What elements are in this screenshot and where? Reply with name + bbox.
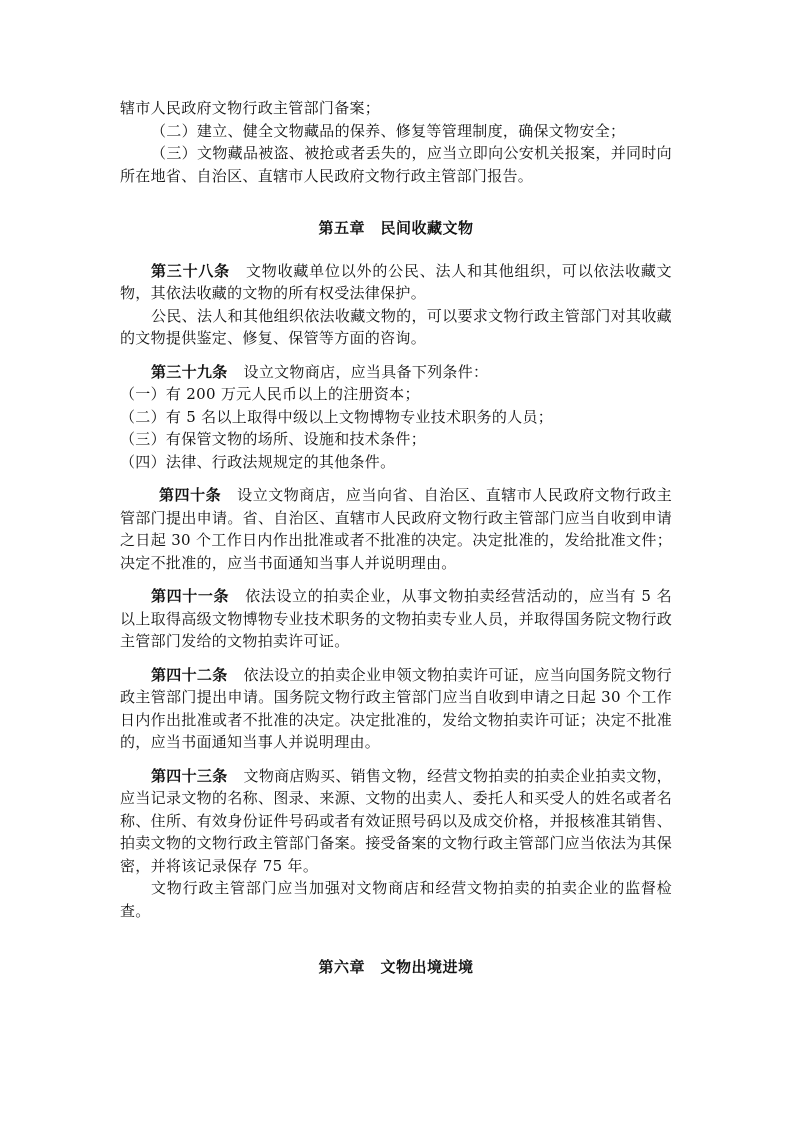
article-paragraph: 公民、法人和其他组织依法收藏文物的，可以要求文物行政主管部门对其收藏的文物提供鉴… bbox=[120, 305, 672, 350]
list-item: （二）建立、健全文物藏品的保养、修复等管理制度，确保文物安全； bbox=[120, 120, 672, 143]
document-page: 辖市人民政府文物行政主管部门备案； （二）建立、健全文物藏品的保养、修复等管理制… bbox=[0, 0, 793, 1122]
list-item: （三）有保管文物的场所、设施和技术条件； bbox=[120, 428, 672, 451]
paragraph-continuation: 辖市人民政府文物行政主管部门备案； bbox=[120, 97, 672, 120]
list-item: （一）有 200 万元人民币以上的注册资本； bbox=[120, 383, 672, 406]
list-item: （三）文物藏品被盗、被抢或者丢失的，应当立即向公安机关报案，并同时向所在地省、自… bbox=[120, 142, 672, 187]
article-41: 第四十一条依法设立的拍卖企业，从事文物拍卖经营活动的，应当有 5 名以上取得高级… bbox=[120, 585, 672, 653]
article-number: 第四十二条 bbox=[151, 666, 228, 684]
list-item: （二）有 5 名以上取得中级以上文物博物专业技术职务的人员； bbox=[120, 406, 672, 429]
article-number: 第四十一条 bbox=[151, 587, 229, 605]
article-39: 第三十九条设立文物商店，应当具备下列条件： bbox=[120, 361, 672, 384]
article-text: 设立文物商店，应当具备下列条件： bbox=[244, 363, 489, 381]
article-number: 第四十三条 bbox=[151, 767, 228, 785]
document-body: 辖市人民政府文物行政主管部门备案； （二）建立、健全文物藏品的保养、修复等管理制… bbox=[120, 97, 672, 979]
article-paragraph: 文物行政主管部门应当加强对文物商店和经营文物拍卖的拍卖企业的监督检查。 bbox=[120, 877, 672, 922]
chapter-heading: 第六章 文物出境进境 bbox=[120, 956, 672, 979]
chapter-heading: 第五章 民间收藏文物 bbox=[120, 217, 672, 240]
article-number: 第四十条 bbox=[159, 486, 221, 504]
article-40: 第四十条设立文物商店，应当向省、自治区、直辖市人民政府文物行政主管部门提出申请。… bbox=[120, 484, 672, 574]
article-number: 第三十九条 bbox=[151, 363, 228, 381]
article-38: 第三十八条文物收藏单位以外的公民、法人和其他组织，可以依法收藏文物，其依法收藏的… bbox=[120, 260, 672, 305]
article-43: 第四十三条文物商店购买、销售文物，经营文物拍卖的拍卖企业拍卖文物，应当记录文物的… bbox=[120, 765, 672, 878]
article-number: 第三十八条 bbox=[151, 262, 230, 280]
list-item: （四）法律、行政法规规定的其他条件。 bbox=[120, 451, 672, 474]
article-42: 第四十二条依法设立的拍卖企业申领文物拍卖许可证，应当向国务院文物行政主管部门提出… bbox=[120, 664, 672, 754]
